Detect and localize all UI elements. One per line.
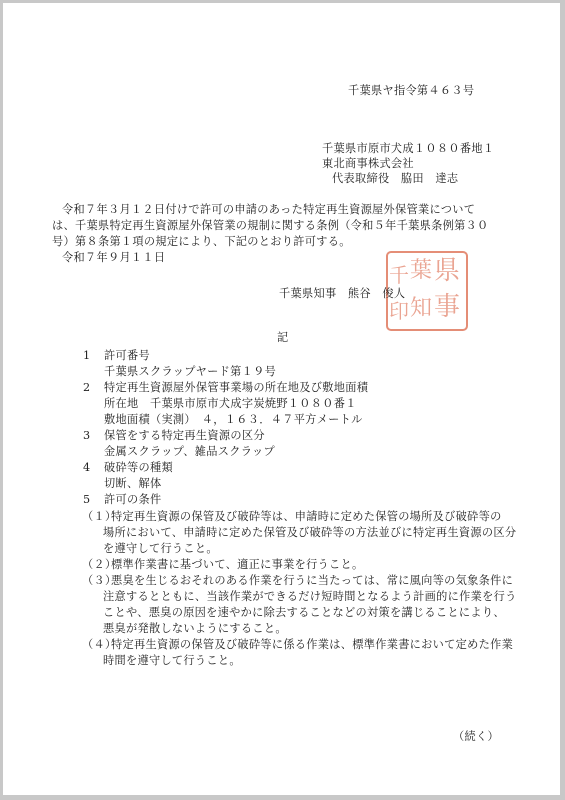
- item-number: 5: [83, 493, 90, 507]
- addressee-address: 千葉県市原市犬成１０８０番地１: [322, 142, 494, 156]
- addressee-company: 東北商事株式会社: [322, 157, 414, 171]
- condition-text: を遵守して行うこと。: [103, 542, 218, 556]
- continued-note: （続く）: [453, 730, 499, 744]
- item-detail: 切断、解体: [104, 477, 161, 491]
- issue-date: 令和７年９月１１日: [62, 251, 165, 265]
- item-detail: 敷地面積（実測） ４，１６３．４７平方メートル: [104, 413, 363, 427]
- seal-char: 葉: [410, 255, 432, 287]
- condition-text: 標準作業書に基づいて、適正に事業を行うこと。: [111, 558, 364, 572]
- condition-text: 特定再生資源の保管及び破砕等は、申請時に定めた保管の場所及び破砕等の: [111, 510, 502, 524]
- item-number: 2: [83, 381, 90, 395]
- condition-text: 悪臭を生じるおそれのある作業を行うに当たっては、常に風向等の気象条件に: [111, 574, 513, 588]
- reference-number: 千葉県ヤ指令第４６３号: [348, 84, 474, 98]
- condition-text: ことや、悪臭の原因を速やかに除去することなどの対策を講じることにより、: [103, 606, 505, 620]
- item-detail: 所在地 千葉県市原市犬成字炭焼野１０８０番１: [104, 397, 357, 411]
- addressee-representative: 代表取締役 脇田 達志: [332, 172, 458, 186]
- item-title: 許可の条件: [104, 493, 161, 507]
- item-title: 保管をする特定再生資源の区分: [104, 429, 265, 443]
- ki-heading: 記: [277, 331, 289, 345]
- item-number: 3: [83, 429, 90, 443]
- seal-char: 県: [434, 255, 460, 287]
- body-text-line-1: 令和７年３月１２日付けで許可の申請のあった特定再生資源屋外保管業について: [62, 203, 475, 217]
- item-detail: 千葉県スクラップヤード第１９号: [104, 365, 276, 379]
- item-detail: 金属スクラップ、雑品スクラップ: [104, 445, 275, 459]
- condition-text: 悪臭が発散しないようにすること。: [103, 622, 287, 636]
- condition-text: 時間を遵守して行うこと。: [103, 654, 241, 668]
- seal-char: 知: [410, 293, 432, 325]
- item-title: 破砕等の種類: [104, 461, 173, 475]
- body-text-line-3: 号）第８条第１項の規定により、下記のとおり許可する。: [52, 235, 351, 249]
- item-number: 4: [83, 461, 90, 475]
- item-title: 特定再生資源屋外保管事業場の所在地及び敷地面積: [104, 381, 368, 395]
- body-text-line-2: は、千葉県特定再生資源屋外保管業の規制に関する条例（令和５年千葉県条例第３０: [52, 219, 489, 233]
- condition-text: 特定再生資源の保管及び破砕等に係る作業は、標準作業書において定めた作業: [111, 638, 513, 652]
- issuer-name: 千葉県知事 熊谷 俊人: [279, 287, 405, 301]
- item-title: 許可番号: [104, 349, 150, 363]
- seal-char: 事: [434, 291, 460, 323]
- condition-text: 注意するとともに、当該作業ができるだけ短時間となるよう計画的に作業を行う: [103, 590, 517, 604]
- document-page: 千葉県ヤ指令第４６３号 千葉県市原市犬成１０８０番地１ 東北商事株式会社 代表取…: [3, 3, 560, 795]
- item-number: 1: [83, 349, 90, 363]
- condition-text: 場所において、申請時に定めた保管及び破砕等の方法並びに特定再生資源の区分: [103, 526, 516, 540]
